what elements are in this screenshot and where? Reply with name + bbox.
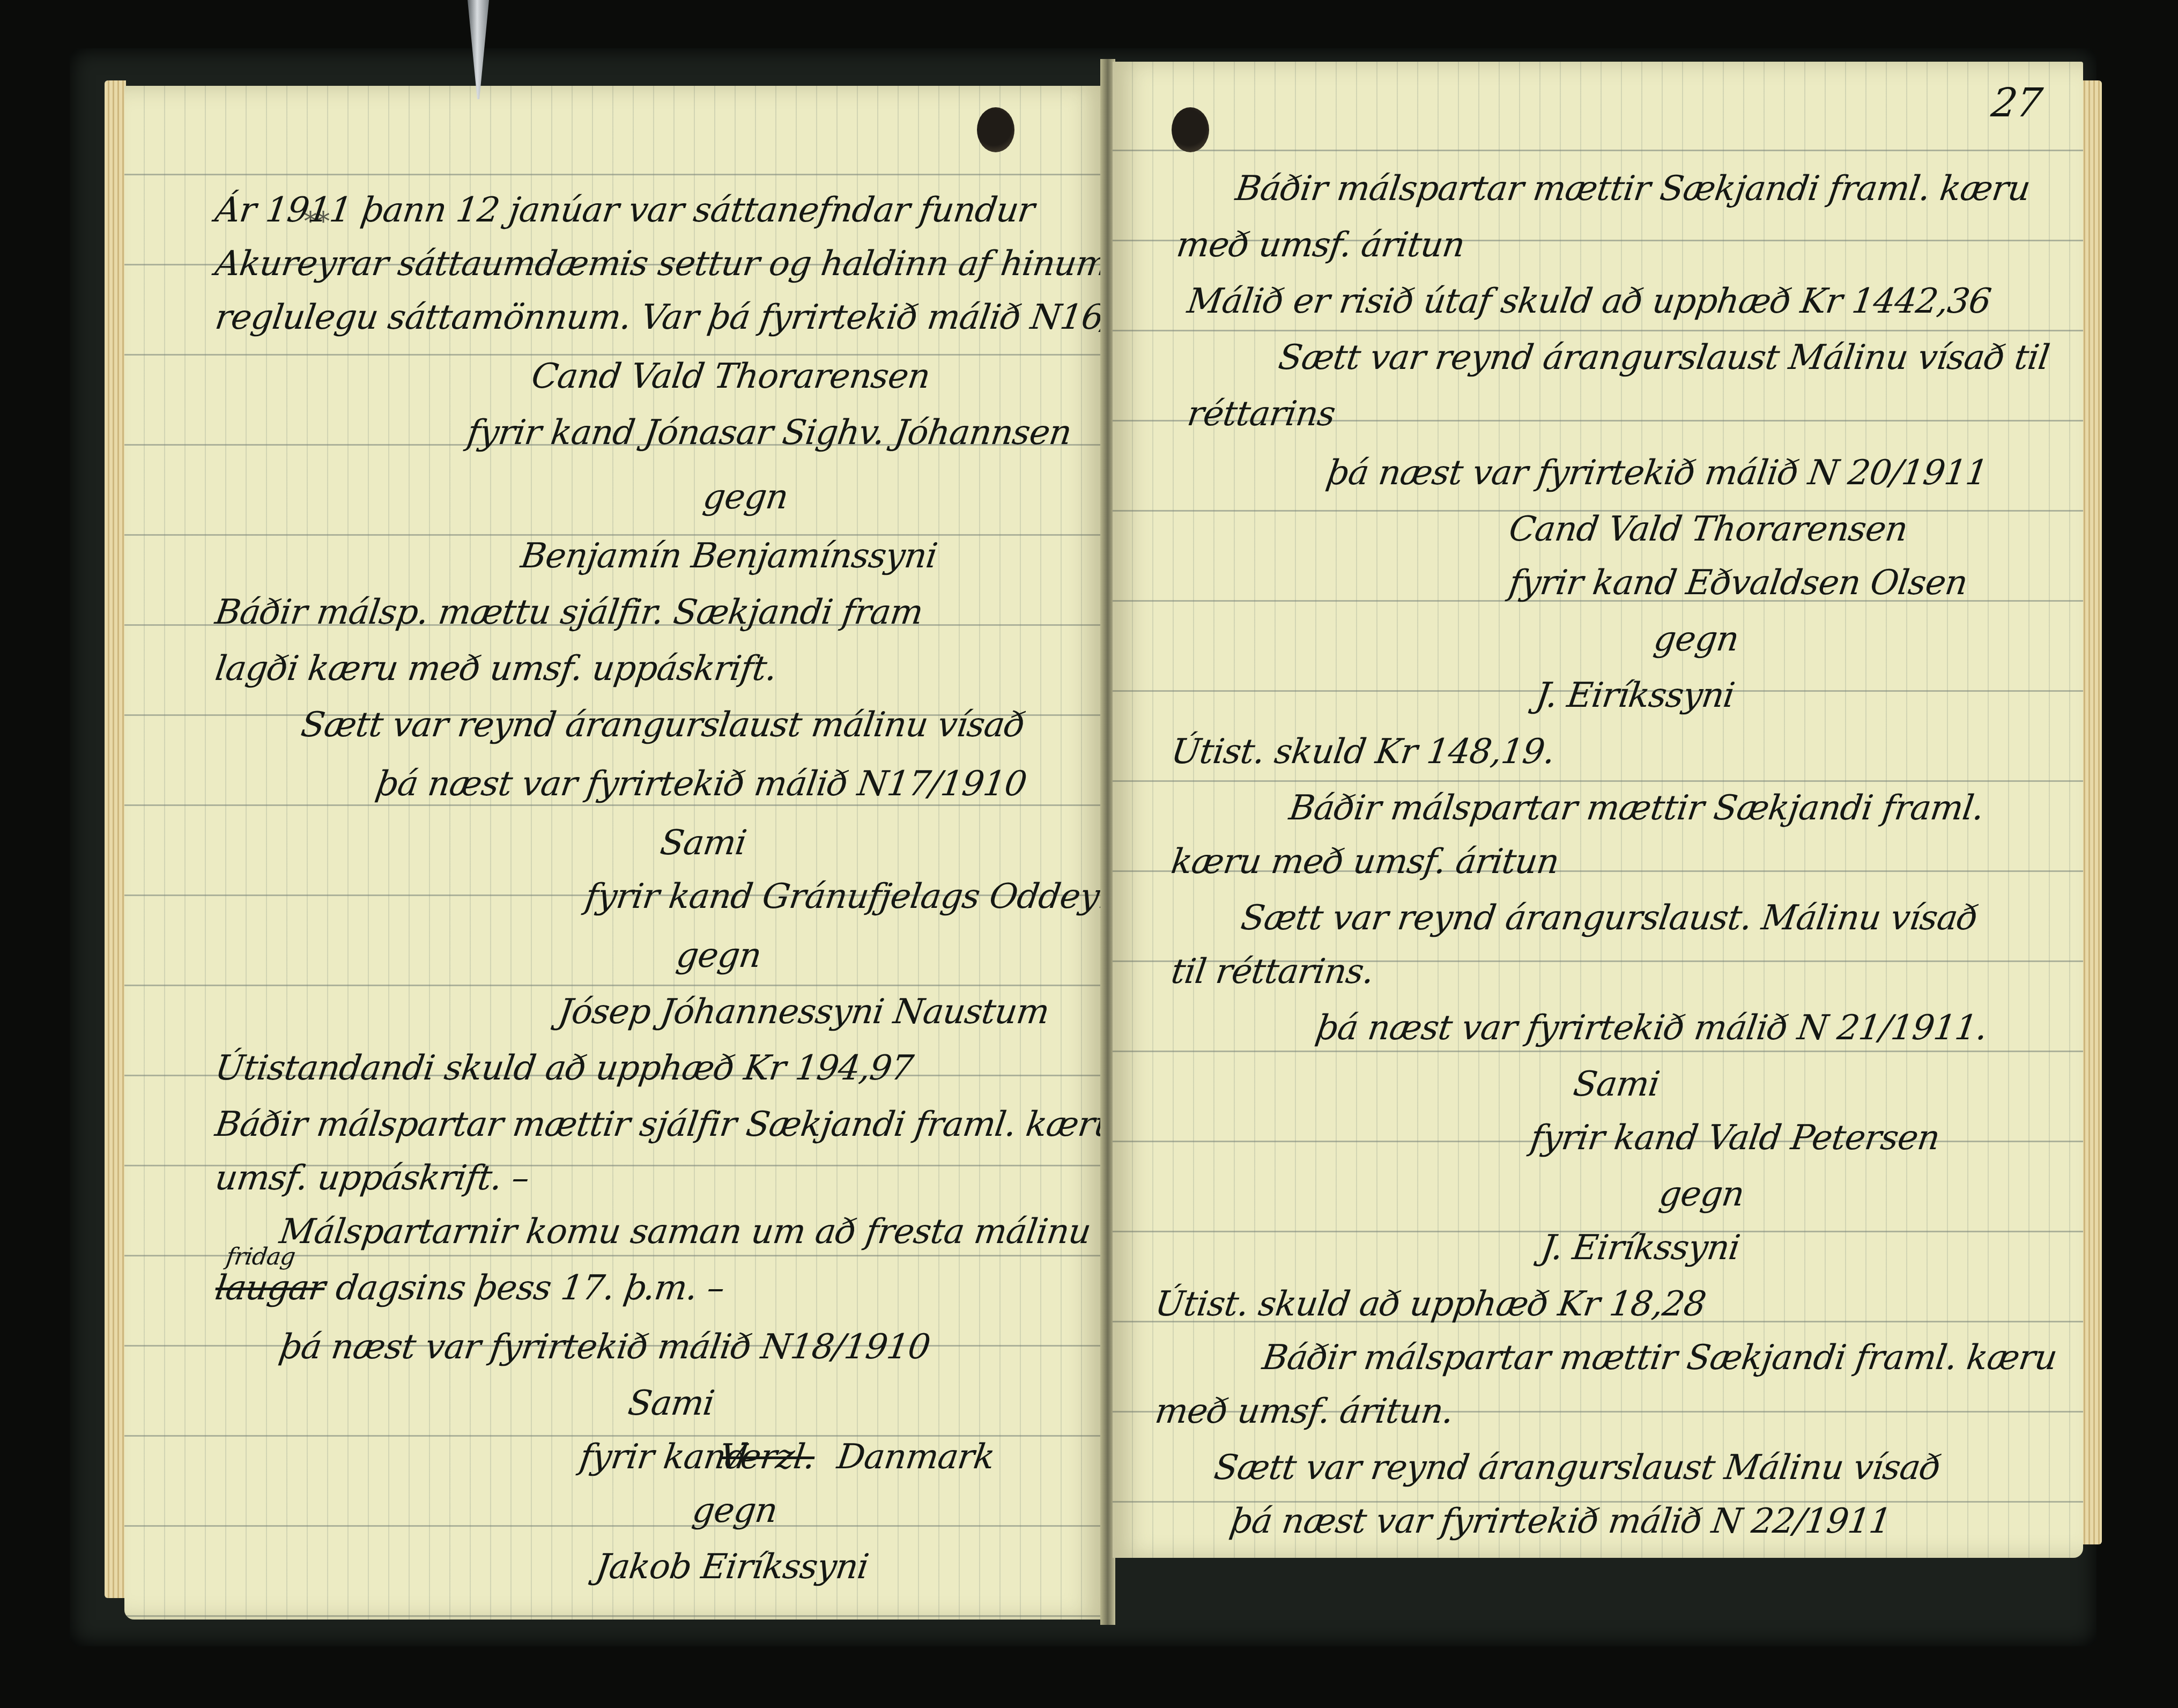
handwritten-line: þá næst var fyrirtekið málið N 20/1911 <box>1325 456 1990 490</box>
handwritten-line: gegn <box>1652 622 1741 656</box>
handwritten-line: Akureyrar sáttaumdæmis settur og haldinn… <box>213 247 1105 281</box>
handwritten-line: umsf. uppáskrift. – <box>213 1161 531 1195</box>
page-stack-left-edge <box>105 80 126 1598</box>
handwritten-line: fyrir kand Gránufjelags Oddeyri <box>583 879 1105 914</box>
page-number: 27 <box>1989 83 2044 123</box>
handwritten-line: gegn <box>691 1493 780 1528</box>
handwritten-line: J. Eiríkssyni <box>1539 1231 1742 1265</box>
handwritten-line: þá næst var fyrirtekið málið N 21/1911. <box>1314 1011 1989 1045</box>
handwritten-line: þá næst var fyrirtekið málið N 22/1911 <box>1228 1504 1893 1539</box>
handwritten-line: Útist. skuld að upphæð Kr 18,28 <box>1153 1287 1708 1321</box>
handwritten-line: með umsf. áritun. <box>1153 1394 1456 1429</box>
handwritten-line: Sætt var reynd árangurslaust Málinu vísa… <box>1277 341 2051 375</box>
handwritten-line: gegn <box>1657 1177 1746 1211</box>
handwritten-line: Báðir málsp. mættu sjálfir. Sækjandi fra… <box>213 595 925 630</box>
interlinear-insertion: fridag <box>225 1245 297 1269</box>
handwritten-line: Sami <box>626 1386 716 1421</box>
handwritten-line: til réttarins. <box>1169 955 1376 989</box>
handwritten-line: Cand Vald Thorarensen <box>1507 512 1910 546</box>
handwritten-line: lagði kæru með umsf. uppáskrift. <box>213 652 779 686</box>
handwritten-line: Útistandandi skuld að upphæð Kr 194,97 <box>213 1051 915 1085</box>
handwritten-line: Báðir málspartar mættir Sækjandi framl. … <box>1234 172 2032 206</box>
handwritten-line: Cand Vald Thorarensen <box>530 359 932 394</box>
handwritten-line: Sætt var reynd árangurslaust. Málinu vís… <box>1239 901 1980 935</box>
page-stack-right-edge <box>2080 80 2102 1544</box>
handwritten-line: Útist. skuld Kr 148,19. <box>1169 735 1557 769</box>
handwritten-line: reglulegu sáttamönnum. Var þá fyrirtekið… <box>213 300 1105 335</box>
left-page: ** Ár 1911 þann 12 janúar var sáttanefnd… <box>124 86 1105 1620</box>
handwritten-line: Sami <box>1572 1067 1662 1101</box>
handwritten-line: Ár 1911 þann 12 janúar var sáttanefndar … <box>213 193 1036 227</box>
handwritten-line: Sami <box>658 826 749 860</box>
handwritten-line: Verzl. <box>717 1440 817 1474</box>
handwritten-line: Jósep Jóhannessyni Naustum <box>557 995 1051 1029</box>
handwritten-line: dagsins þess 17. þ.m. – <box>334 1271 727 1305</box>
handwritten-line: þá næst var fyrirtekið málið N17/1910 <box>374 767 1029 801</box>
handwritten-line: Báðir málspartar mættir sjálfir Sækjandi… <box>213 1107 1105 1142</box>
handwritten-line: fyrir kand Eðvaldsen Olsen <box>1507 566 1969 600</box>
punch-hole-icon <box>977 107 1014 152</box>
handwritten-line: með umsf. áritun <box>1175 228 1467 262</box>
handwritten-line: Sætt var reynd árangurslaust málinu vísa… <box>299 708 1027 742</box>
handwritten-line: réttarins <box>1186 397 1337 431</box>
handwritten-line: Báðir málspartar mættir Sækjandi framl. … <box>1261 1341 2059 1375</box>
handwritten-line: Báðir málspartar mættir Sækjandi framl. <box>1287 791 1986 825</box>
handwritten-line: Jakob Eiríkssyni <box>594 1550 871 1584</box>
handwritten-line: J. Eiríkssyni <box>1534 678 1737 713</box>
handwritten-line: þá næst var fyrirtekið málið N18/1910 <box>278 1330 932 1364</box>
handwritten-line: kæru með umsf. áritun <box>1169 845 1561 879</box>
handwritten-line: laugar <box>213 1271 328 1305</box>
handwritten-line: Benjamín Benjamínssyni <box>519 539 939 573</box>
handwritten-line: Málspartarnir komu saman um að fresta má… <box>278 1215 1105 1249</box>
punch-hole-icon <box>1172 107 1209 152</box>
handwritten-line: Málið er risið útaf skuld að upphæð Kr 1… <box>1186 284 1993 319</box>
right-page: 27 Báðir málspartar mættir Sækjandi fram… <box>1113 62 2083 1558</box>
handwritten-line: gegn <box>675 938 764 973</box>
handwritten-line: Danmark <box>835 1440 997 1474</box>
handwritten-line: fyrir kand Vald Petersen <box>1529 1121 1942 1155</box>
handwritten-line: gegn <box>701 480 790 514</box>
handwritten-line: Sætt var reynd árangurslaust Málinu vísa… <box>1212 1451 1943 1485</box>
handwritten-line: fyrir kand Jónasar Sighv. Jóhannsen <box>465 416 1073 450</box>
